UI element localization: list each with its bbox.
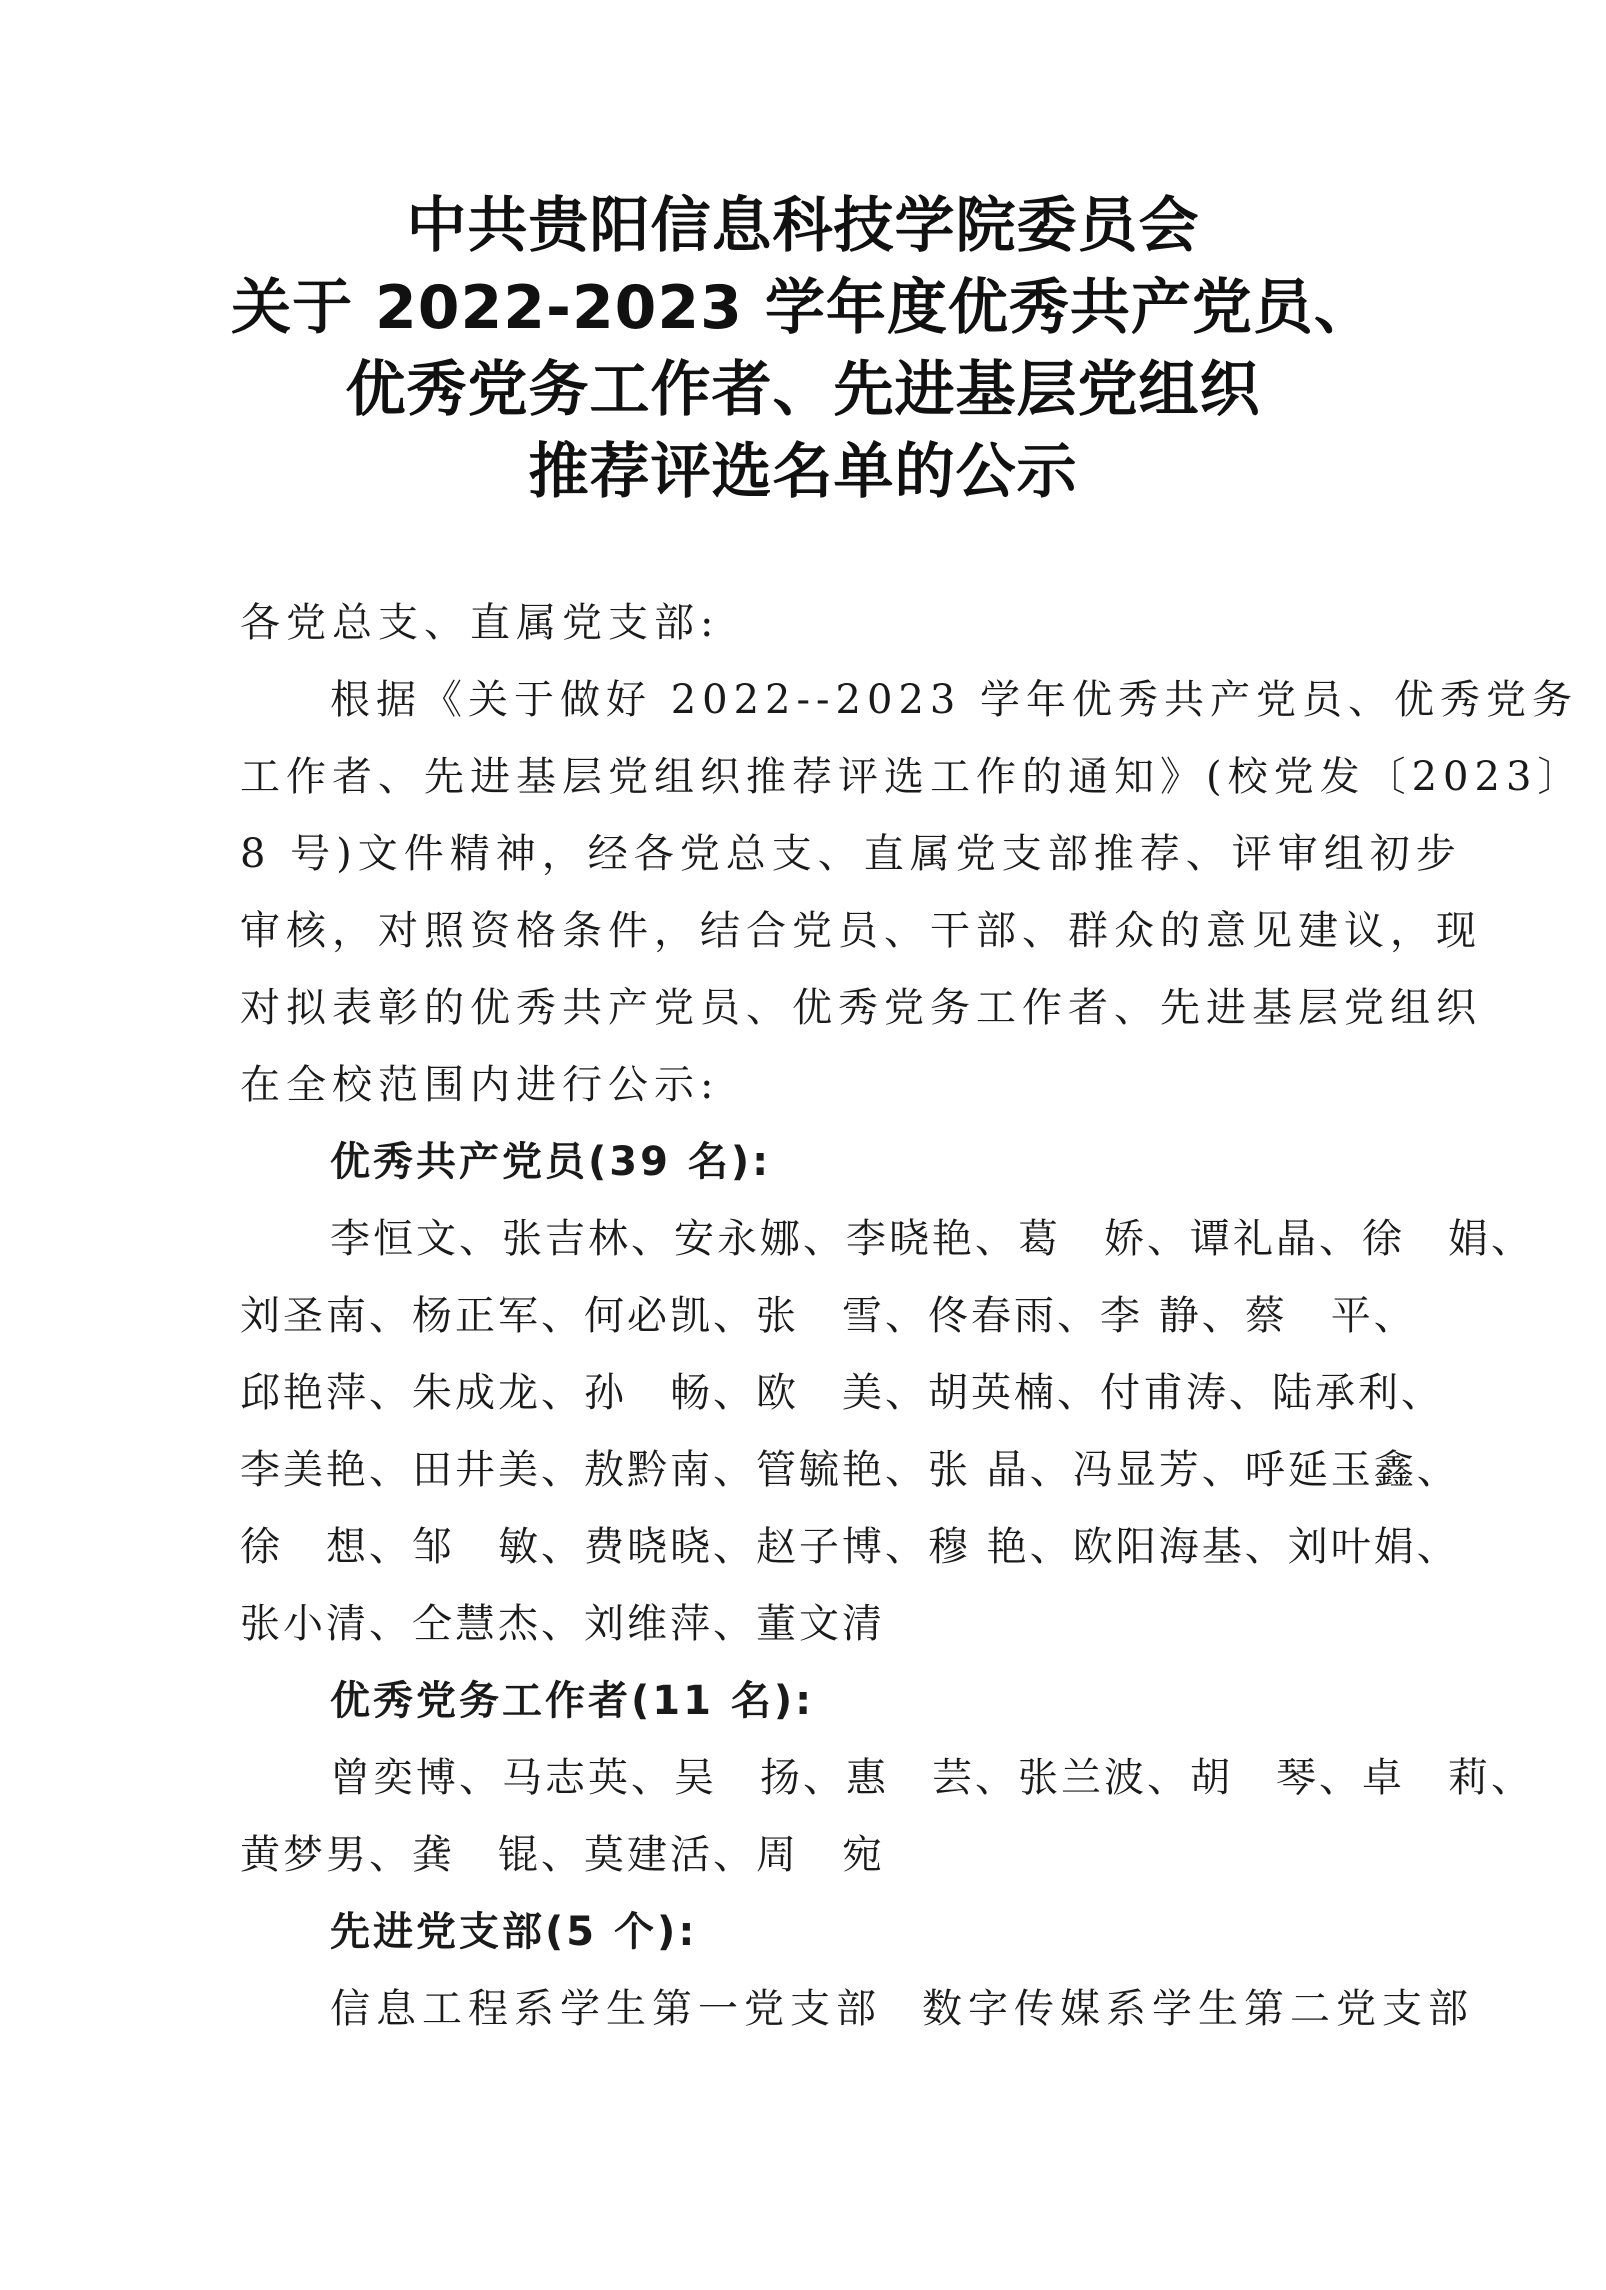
name-list-line: 张小清、仝慧杰、刘维萍、董文清 xyxy=(240,1586,1440,1663)
title-line: 推荐评选名单的公示 xyxy=(0,431,1606,513)
name-list-line: 刘圣南、杨正军、何必凯、张 雪、佟春雨、李 静、蔡 平、 xyxy=(240,1278,1440,1355)
section-heading-party-members: 优秀共产党员(39 名): xyxy=(240,1124,1440,1201)
title-line: 关于 2022-2023 学年度优秀共产党员、 xyxy=(0,267,1606,349)
branch-list-line: 信息工程系学生第一党支部数字传媒系学生第二党支部 xyxy=(240,1971,1440,2048)
branch-item: 信息工程系学生第一党支部 xyxy=(330,1986,882,2032)
branch-item: 数字传媒系学生第二党支部 xyxy=(922,1986,1474,2032)
intro-line: 审核，对照资格条件，结合党员、干部、群众的意见建议，现 xyxy=(240,893,1440,970)
salutation: 各党总支、直属党支部: xyxy=(240,585,1440,662)
section-heading-branches: 先进党支部(5 个): xyxy=(240,1894,1440,1971)
intro-line: 8 号)文件精神，经各党总支、直属党支部推荐、评审组初步 xyxy=(240,816,1440,893)
name-list-line: 曾奕博、马志英、吴 扬、惠 芸、张兰波、胡 琴、卓 莉、 xyxy=(240,1740,1440,1817)
intro-line: 根据《关于做好 2022--2023 学年优秀共产党员、优秀党务 xyxy=(240,662,1440,739)
name-list-line: 邱艳萍、朱成龙、孙 畅、欧 美、胡英楠、付甫涛、陆承利、 xyxy=(240,1355,1440,1432)
title-line: 中共贵阳信息科技学院委员会 xyxy=(0,185,1606,267)
name-list-line: 李美艳、田井美、敖黔南、管毓艳、张 晶、冯显芳、呼延玉鑫、 xyxy=(240,1432,1440,1509)
section-heading-party-workers: 优秀党务工作者(11 名): xyxy=(240,1663,1440,1740)
intro-line: 对拟表彰的优秀共产党员、优秀党务工作者、先进基层党组织 xyxy=(240,970,1440,1047)
intro-line: 工作者、先进基层党组织推荐评选工作的通知》(校党发〔2023〕 xyxy=(240,739,1440,816)
document-body: 各党总支、直属党支部: 根据《关于做好 2022--2023 学年优秀共产党员、… xyxy=(240,585,1440,2048)
name-list-line: 徐 想、邹 敏、费晓晓、赵子博、穆 艳、欧阳海基、刘叶娟、 xyxy=(240,1509,1440,1586)
name-list-line: 黄梦男、龚 锟、莫建活、周 宛 xyxy=(240,1817,1440,1894)
document-page: 中共贵阳信息科技学院委员会 关于 2022-2023 学年度优秀共产党员、 优秀… xyxy=(0,0,1606,2290)
document-title: 中共贵阳信息科技学院委员会 关于 2022-2023 学年度优秀共产党员、 优秀… xyxy=(0,185,1606,513)
title-line: 优秀党务工作者、先进基层党组织 xyxy=(0,349,1606,431)
intro-line: 在全校范围内进行公示: xyxy=(240,1047,1440,1124)
name-list-line: 李恒文、张吉林、安永娜、李晓艳、葛 娇、谭礼晶、徐 娟、 xyxy=(240,1201,1440,1278)
